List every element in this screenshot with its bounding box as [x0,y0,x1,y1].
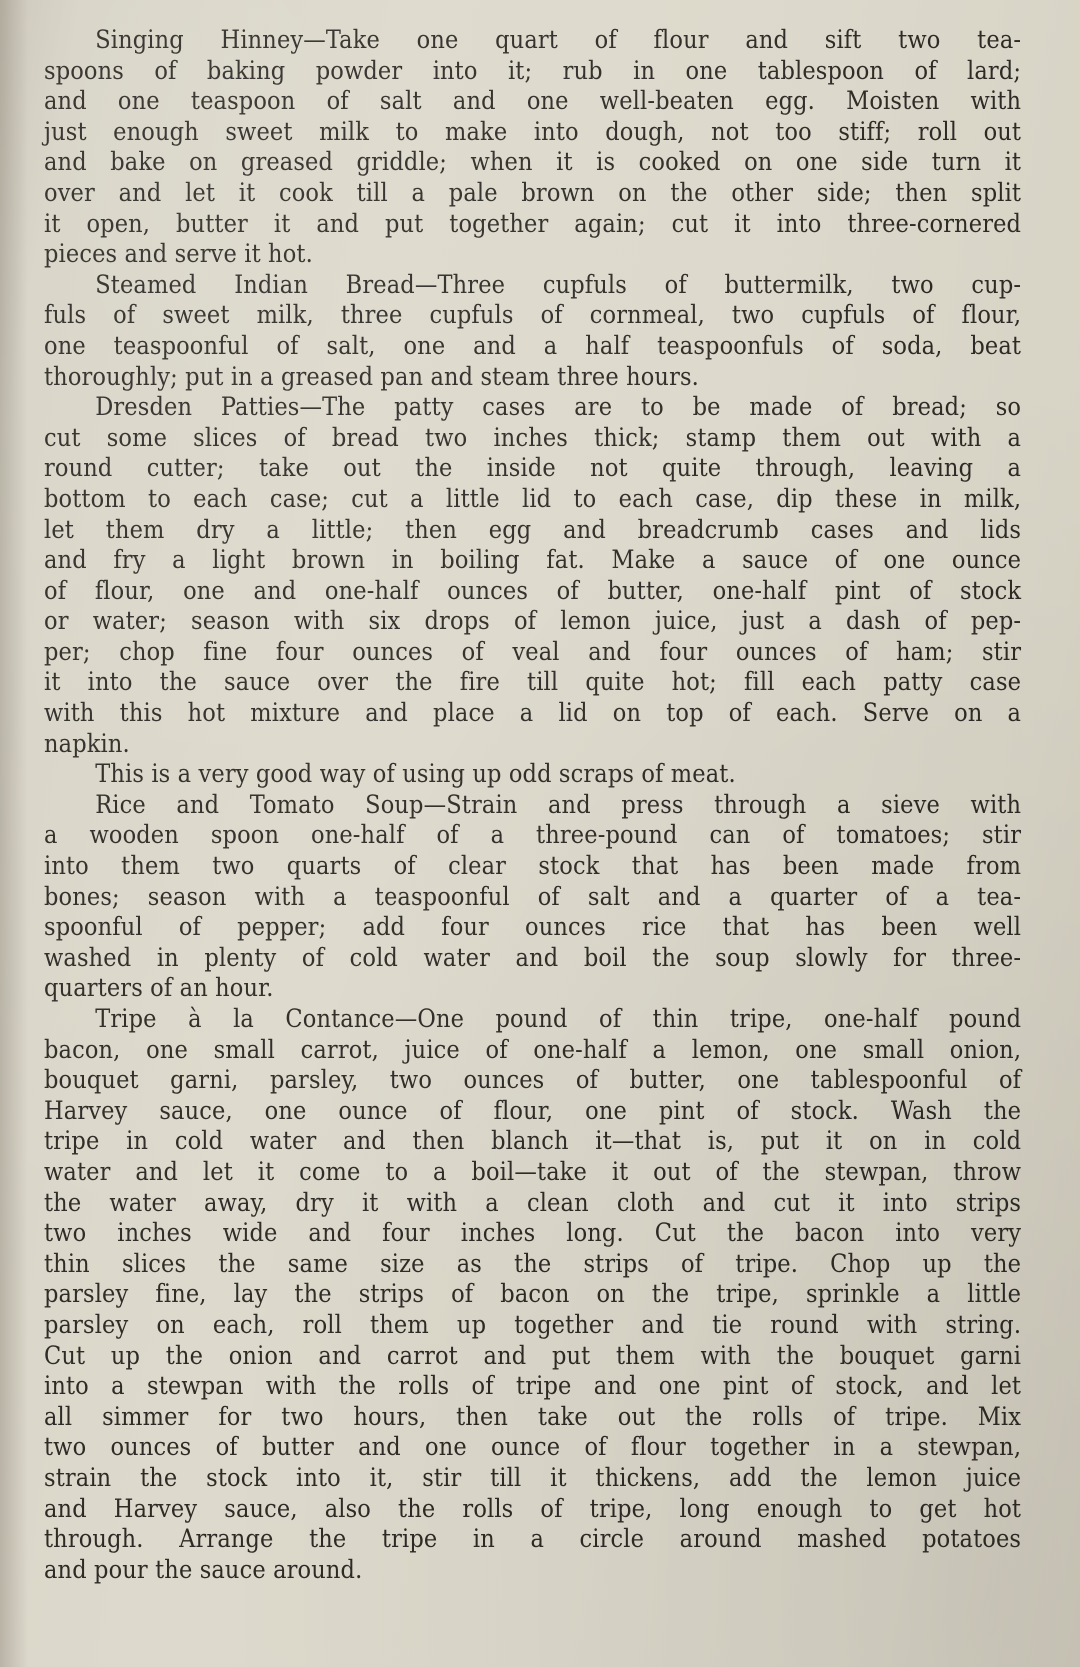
text-line: all simmer for two hours, then take out … [44,1401,1021,1432]
text-line: per; chop fine four ounces of veal and f… [44,636,1021,667]
recipe-steamed-indian-bread: Steamed Indian Bread—Three cupfuls of bu… [44,269,1021,391]
text-line: Rice and Tomato Soup—Strain and press th… [44,789,1021,820]
text-line: Cut up the onion and carrot and put them… [44,1340,1021,1371]
text-line: bacon, one small carrot, juice of one-ha… [44,1034,1021,1065]
text-line: tripe in cold water and then blanch it—t… [44,1125,1021,1156]
text-line: water and let it come to a boil—take it … [44,1156,1021,1187]
text-line: bouquet garni, parsley, two ounces of bu… [44,1064,1021,1095]
text-line: parsley on each, roll them up together a… [44,1309,1021,1340]
text-line: just enough sweet milk to make into doug… [44,116,1021,147]
text-line: two ounces of butter and one ounce of fl… [44,1431,1021,1462]
text-line: let them dry a little; then egg and brea… [44,514,1021,545]
text-line: and Harvey sauce, also the rolls of trip… [44,1493,1021,1524]
text-line: fuls of sweet milk, three cupfuls of cor… [44,299,1021,330]
text-line: spoonful of pepper; add four ounces rice… [44,911,1021,942]
text-line: pieces and serve it hot. [44,238,1021,269]
text-line: over and let it cook till a pale brown o… [44,177,1021,208]
recipe-singing-hinney: Singing Hinney—Take one quart of flour a… [44,24,1021,269]
text-line: the water away, dry it with a clean clot… [44,1187,1021,1218]
text-line: one teaspoonful of salt, one and a half … [44,330,1021,361]
recipe-rice-and-tomato-soup: Rice and Tomato Soup—Strain and press th… [44,789,1021,1003]
text-line: with this hot mixture and place a lid on… [44,697,1021,728]
page-binding-shadow [0,0,28,1667]
text-line: thoroughly; put in a greased pan and ste… [44,361,1021,392]
text-line: Steamed Indian Bread—Three cupfuls of bu… [44,269,1021,300]
note-scraps-of-meat: This is a very good way of using up odd … [44,758,1021,789]
text-line: through. Arrange the tripe in a circle a… [44,1523,1021,1554]
text-line: it open, butter it and put together agai… [44,208,1021,239]
text-line: quarters of an hour. [44,972,1021,1003]
text-line: round cutter; take out the inside not qu… [44,452,1021,483]
text-line: bones; season with a teaspoonful of salt… [44,881,1021,912]
text-line: cut some slices of bread two inches thic… [44,422,1021,453]
text-line: and pour the sauce around. [44,1554,1021,1585]
cookbook-page: Singing Hinney—Take one quart of flour a… [44,24,1021,1584]
text-line: bottom to each case; cut a little lid to… [44,483,1021,514]
text-line: Dresden Patties—The patty cases are to b… [44,391,1021,422]
text-line: napkin. [44,728,1021,759]
text-line: strain the stock into it, stir till it t… [44,1462,1021,1493]
text-line: Harvey sauce, one ounce of flour, one pi… [44,1095,1021,1126]
text-line: washed in plenty of cold water and boil … [44,942,1021,973]
text-line: into a stewpan with the rolls of tripe a… [44,1370,1021,1401]
text-line: Tripe à la Contance—One pound of thin tr… [44,1003,1021,1034]
text-line: and fry a light brown in boiling fat. Ma… [44,544,1021,575]
text-line: two inches wide and four inches long. Cu… [44,1217,1021,1248]
text-line: and bake on greased griddle; when it is … [44,146,1021,177]
text-line: of flour, one and one-half ounces of but… [44,575,1021,606]
text-line: or water; season with six drops of lemon… [44,605,1021,636]
text-line: and one teaspoon of salt and one well-be… [44,85,1021,116]
text-line: parsley fine, lay the strips of bacon on… [44,1278,1021,1309]
recipe-dresden-patties: Dresden Patties—The patty cases are to b… [44,391,1021,758]
text-line: spoons of baking powder into it; rub in … [44,55,1021,86]
text-line: it into the sauce over the fire till qui… [44,666,1021,697]
text-line: This is a very good way of using up odd … [44,758,1021,789]
recipe-tripe-a-la-contance: Tripe à la Contance—One pound of thin tr… [44,1003,1021,1584]
text-line: thin slices the same size as the strips … [44,1248,1021,1279]
text-line: into them two quarts of clear stock that… [44,850,1021,881]
text-line: a wooden spoon one-half of a three-pound… [44,819,1021,850]
text-line: Singing Hinney—Take one quart of flour a… [44,24,1021,55]
